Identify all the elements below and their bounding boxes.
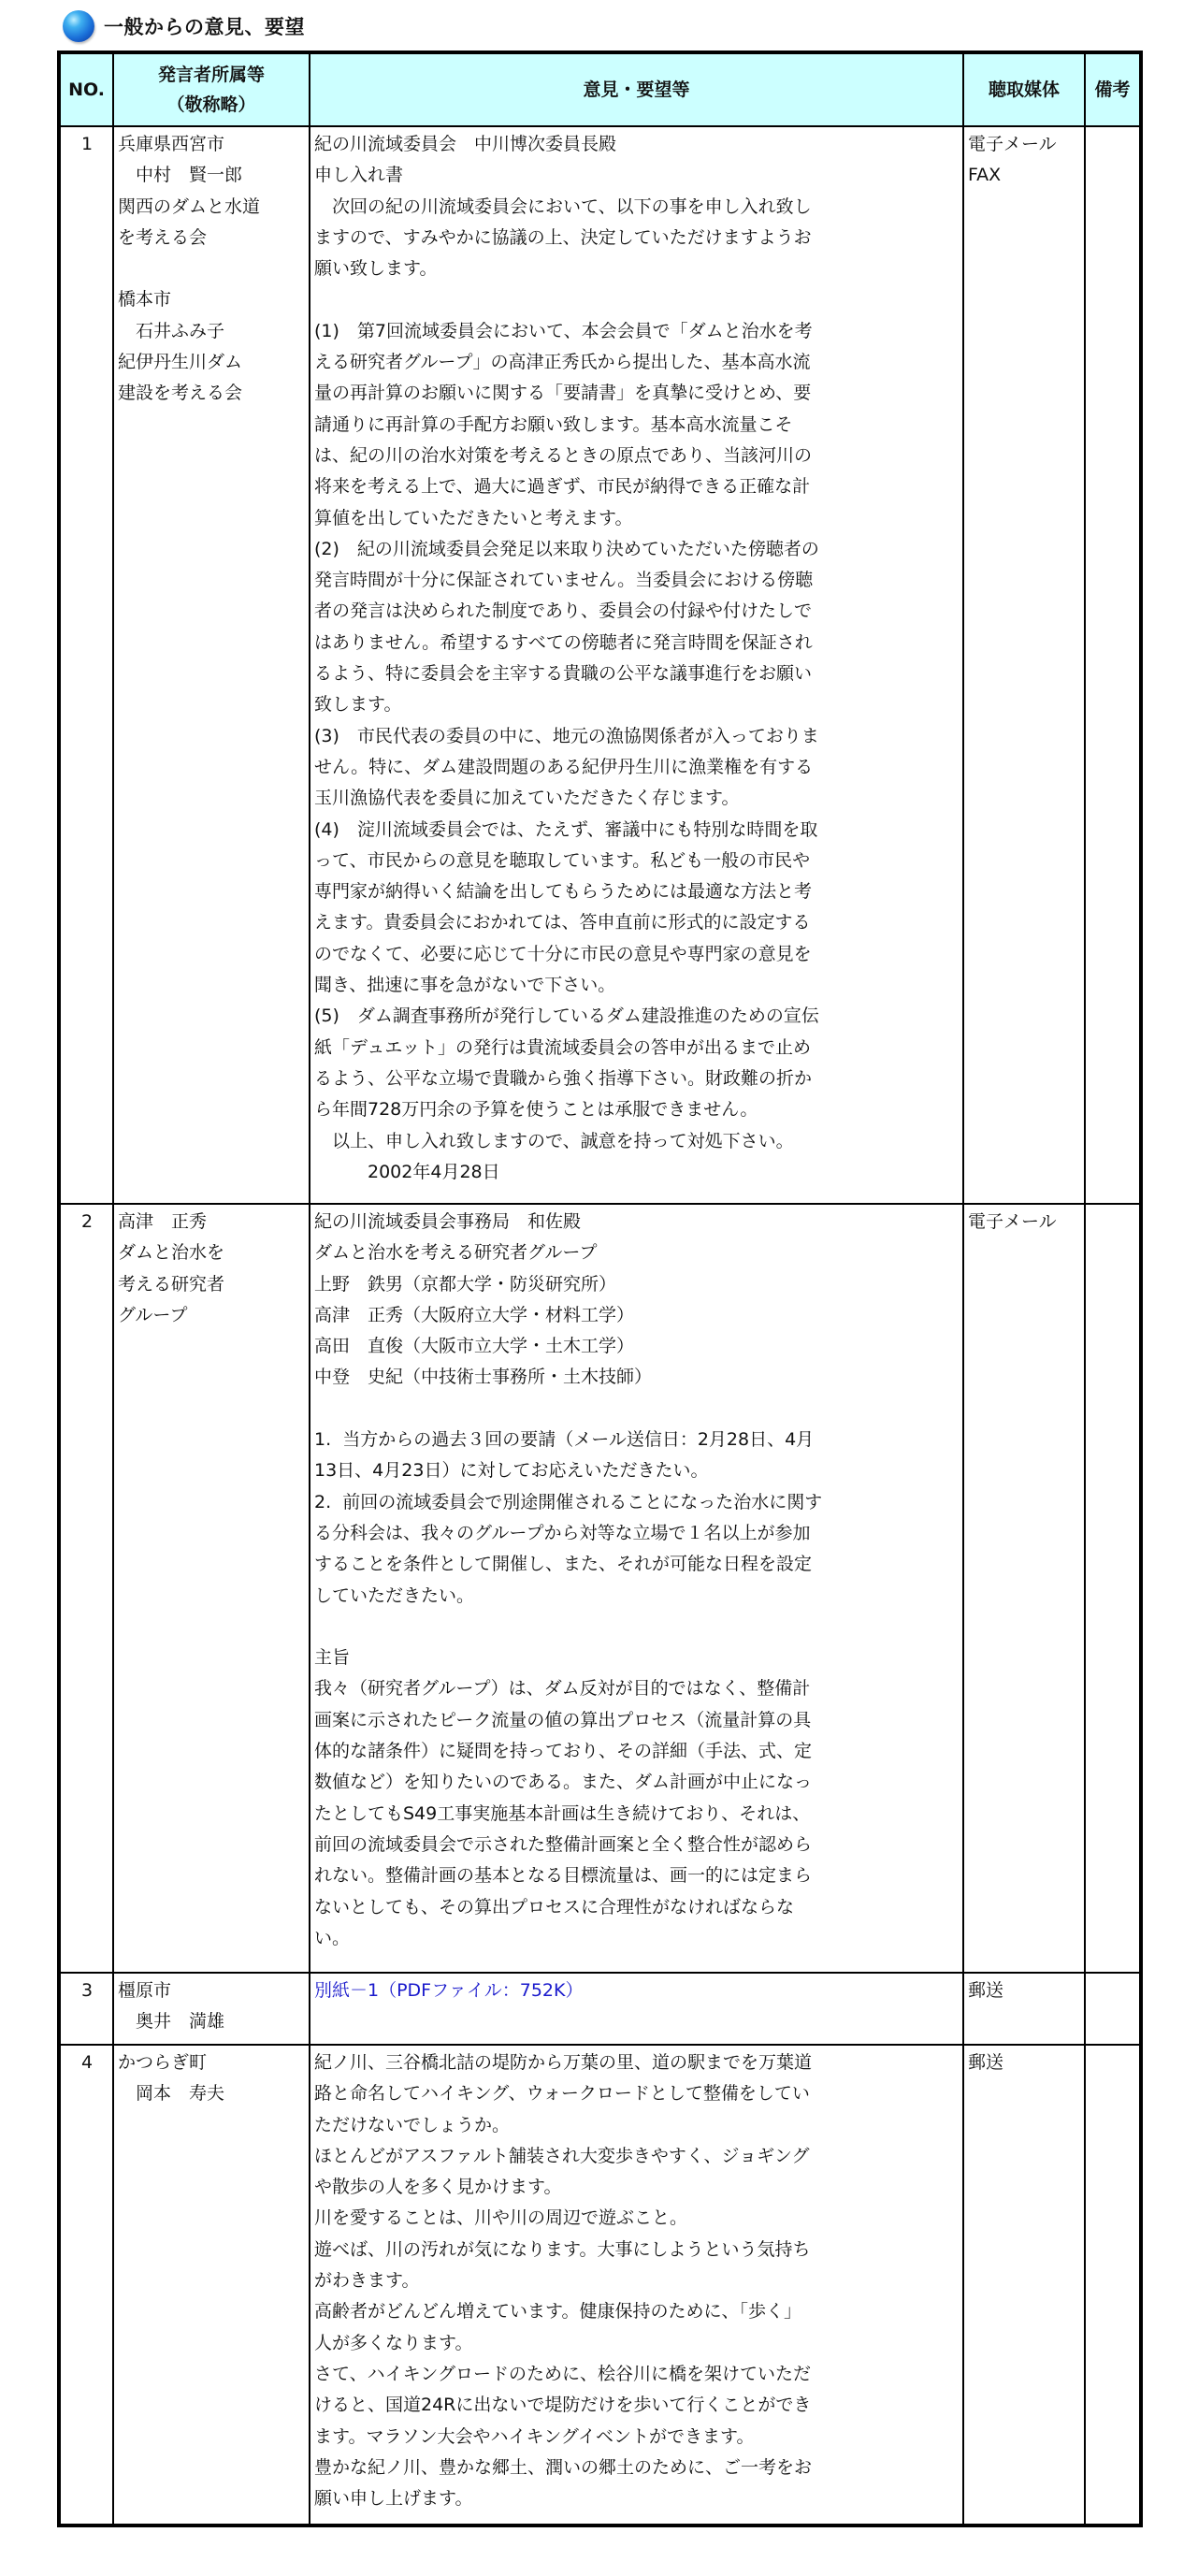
text-line: (5) ダム調査事務所が発行しているダム建設推進のための宣伝 bbox=[314, 1001, 960, 1032]
text-line: 人が多くなります。 bbox=[314, 2328, 960, 2359]
text-line: る分科会は、我々のグループから対等な立場で１名以上が参加 bbox=[314, 1518, 960, 1549]
text-line: (1) 第7回流域委員会において、本会会員で「ダムと治水を考 bbox=[314, 316, 960, 347]
text-line: 2. 前回の流域委員会で別途開催されることになった治水に関す bbox=[314, 1487, 960, 1518]
text-line: 高田 直俊（大阪市立大学・土木工学） bbox=[314, 1331, 960, 1362]
text-line: える研究者グループ」の高津正秀氏から提出した、基本高水流 bbox=[314, 347, 960, 378]
text-line: 川を愛することは、川や川の周辺で遊ぶこと。 bbox=[314, 2203, 960, 2234]
header-speaker-line1: 発言者所属等 bbox=[116, 60, 307, 90]
text-line: ないとしても、その算出プロセスに合理性がなければならな bbox=[314, 1892, 960, 1923]
text-line: 高津 正秀 bbox=[118, 1207, 306, 1237]
text-line: 願い申し上げます。 bbox=[314, 2483, 960, 2514]
text-line: や散歩の人を多く見かけます。 bbox=[314, 2172, 960, 2203]
text-line: 紀の川流域委員会 中川博次委員長殿 bbox=[314, 129, 960, 160]
text-line: 紙「デュエット」の発行は貴流域委員会の答申が出るまで止め bbox=[314, 1033, 960, 1064]
text-line: 数値など）を知りたいのである。また、ダム計画が中止になっ bbox=[314, 1767, 960, 1798]
notes-cell bbox=[1085, 1204, 1141, 1973]
text-line: 紀伊丹生川ダム bbox=[118, 347, 306, 378]
text-line: 以上、申し入れ致しますので、誠意を持って対処下さい。 bbox=[314, 1126, 960, 1157]
text-line: 発言時間が十分に保証されていません。当委員会における傍聴 bbox=[314, 565, 960, 596]
table-row: 2 高津 正秀ダムと治水を考える研究者グループ 紀の川流域委員会事務局 和佐殿ダ… bbox=[59, 1204, 1141, 1973]
text-line: 聞き、拙速に事を急がないで下さい。 bbox=[314, 970, 960, 1001]
text-line: 2002年4月28日 bbox=[314, 1157, 960, 1188]
text-line: 専門家が納得いく結論を出してもらうためには最適な方法と考 bbox=[314, 876, 960, 907]
row-number: 2 bbox=[59, 1204, 113, 1973]
text-line: ます。マラソン大会やハイキングイベントができます。 bbox=[314, 2422, 960, 2453]
text-line: 郵送 bbox=[968, 2048, 1081, 2078]
text-line: 申し入れ書 bbox=[314, 160, 960, 191]
text-line: 体的な諸条件）に疑問を持っており、その詳細（手法、式、定 bbox=[314, 1736, 960, 1767]
text-line: (3) 市民代表の委員の中に、地元の漁協関係者が入っておりま bbox=[314, 721, 960, 752]
text-line: 奥井 満雄 bbox=[118, 2006, 306, 2037]
text-line: 13日、4月23日）に対してお応えいただきたい。 bbox=[314, 1455, 960, 1486]
text-line: ら年間728万円余の予算を使うことは承服できません。 bbox=[314, 1094, 960, 1125]
text-line: ただけないでしょうか。 bbox=[314, 2110, 960, 2141]
text-line: 次回の紀の川流域委員会において、以下の事を申し入れ致し bbox=[314, 192, 960, 223]
text-line: 路と命名してハイキング、ウォークロードとして整備をしてい bbox=[314, 2078, 960, 2109]
text-line: (4) 淀川流域委員会では、たえず、審議中にも特別な時間を取 bbox=[314, 815, 960, 846]
header-speaker-line2: （敬称略） bbox=[116, 90, 307, 120]
text-line: 玉川漁協代表を委員に加えていただきたく存じます。 bbox=[314, 783, 960, 814]
text-line: 算値を出していただきたいと考えます。 bbox=[314, 503, 960, 534]
text-line: 将来を考える上で、過大に過ぎず、市民が納得できる正確な計 bbox=[314, 471, 960, 502]
text-line: FAX bbox=[968, 160, 1081, 191]
text-line: せん。特に、ダム建設問題のある紀伊丹生川に漁業権を有する bbox=[314, 752, 960, 783]
table-row: 3 橿原市 奥井 満雄 別紙－1（PDFファイル：752K） 郵送 bbox=[59, 1973, 1141, 2045]
text-line: 前回の流域委員会で示された整備計画案と全く整合性が認めら bbox=[314, 1830, 960, 1860]
text-line: 致します。 bbox=[314, 689, 960, 720]
text-line: はありません。希望するすべての傍聴者に発言時間を保証され bbox=[314, 628, 960, 658]
header-speaker: 発言者所属等 （敬称略） bbox=[113, 52, 310, 126]
pdf-attachment-link[interactable]: 別紙－1（PDFファイル：752K） bbox=[314, 1975, 960, 2006]
text-line: 中登 史紀（中技術士事務所・土木技師） bbox=[314, 1362, 960, 1393]
speaker-cell: 兵庫県西宮市 中村 賢一郎関西のダムと水道を考える会橋本市 石井ふみ子紀伊丹生川… bbox=[113, 126, 310, 1204]
text-line: えます。貴委員会におかれては、答申直前に形式的に設定する bbox=[314, 907, 960, 938]
text-line: れない。整備計画の基本となる目標流量は、画一的には定まら bbox=[314, 1860, 960, 1891]
text-line: い。 bbox=[314, 1923, 960, 1954]
table-row: 1 兵庫県西宮市 中村 賢一郎関西のダムと水道を考える会橋本市 石井ふみ子紀伊丹… bbox=[59, 126, 1141, 1204]
text-line: することを条件として開催し、また、それが可能な日程を設定 bbox=[314, 1549, 960, 1580]
text-line bbox=[314, 284, 960, 315]
media-cell: 郵送 bbox=[963, 1973, 1085, 2045]
text-line: 橿原市 bbox=[118, 1975, 306, 2006]
text-line: 画案に示されたピーク流量の値の算出プロセス（流量計算の具 bbox=[314, 1705, 960, 1736]
text-line: (2) 紀の川流域委員会発足以来取り決めていただいた傍聴者の bbox=[314, 534, 960, 565]
text-line: 上野 鉄男（京都大学・防災研究所） bbox=[314, 1269, 960, 1300]
text-line: 豊かな紀ノ川、豊かな郷土、潤いの郷土のために、ご一考をお bbox=[314, 2453, 960, 2483]
opinion-cell: 紀の川流域委員会事務局 和佐殿ダムと治水を考える研究者グループ上野 鉄男（京都大… bbox=[310, 1204, 963, 1973]
text-line: 高齢者がどんどん増えています。健康保持のために、「歩く」 bbox=[314, 2296, 960, 2327]
text-line: を考える会 bbox=[118, 223, 306, 253]
opinions-table: NO. 発言者所属等 （敬称略） 意見・要望等 聴取媒体 備考 1 兵庫県西宮市… bbox=[57, 51, 1143, 2527]
text-line bbox=[118, 253, 306, 284]
speaker-cell: かつらぎ町 岡本 寿夫 bbox=[113, 2045, 310, 2525]
text-line: のでなくて、必要に応じて十分に市民の意見や専門家の意見を bbox=[314, 939, 960, 970]
text-line: 兵庫県西宮市 bbox=[118, 129, 306, 160]
text-line: グループ bbox=[118, 1300, 306, 1331]
text-line: 岡本 寿夫 bbox=[118, 2078, 306, 2109]
header-no: NO. bbox=[59, 52, 113, 126]
text-line: ダムと治水を bbox=[118, 1237, 306, 1268]
media-cell: 電子メールFAX bbox=[963, 126, 1085, 1204]
text-line bbox=[314, 1394, 960, 1425]
notes-cell bbox=[1085, 2045, 1141, 2525]
text-line: 遊べば、川の汚れが気になります。大事にしようという気持ち bbox=[314, 2235, 960, 2265]
text-line: 願い致します。 bbox=[314, 253, 960, 284]
notes-cell bbox=[1085, 1973, 1141, 2045]
text-line: かつらぎ町 bbox=[118, 2048, 306, 2078]
text-line: していただきたい。 bbox=[314, 1581, 960, 1612]
row-number: 4 bbox=[59, 2045, 113, 2525]
text-line: さて、ハイキングロードのために、桧谷川に橋を架けていただ bbox=[314, 2359, 960, 2390]
text-line: 郵送 bbox=[968, 1975, 1081, 2006]
text-line: 紀ノ川、三谷橋北詰の堤防から万葉の里、道の駅までを万葉道 bbox=[314, 2048, 960, 2078]
table-header-row: NO. 発言者所属等 （敬称略） 意見・要望等 聴取媒体 備考 bbox=[59, 52, 1141, 126]
header-media: 聴取媒体 bbox=[963, 52, 1085, 126]
text-line: 請通りに再計算の手配方お願い致します。基本高水流量こそ bbox=[314, 410, 960, 441]
text-line: って、市民からの意見を聴取しています。私ども一般の市民や bbox=[314, 846, 960, 876]
header-opinion: 意見・要望等 bbox=[310, 52, 963, 126]
text-line: 考える研究者 bbox=[118, 1269, 306, 1300]
section-heading: 一般からの意見、要望 bbox=[63, 8, 305, 44]
table-row: 4 かつらぎ町 岡本 寿夫 紀ノ川、三谷橋北詰の堤防から万葉の里、道の駅までを万… bbox=[59, 2045, 1141, 2525]
text-line: 建設を考える会 bbox=[118, 378, 306, 409]
media-cell: 電子メール bbox=[963, 1204, 1085, 1973]
text-line bbox=[314, 1612, 960, 1643]
speaker-cell: 橿原市 奥井 満雄 bbox=[113, 1973, 310, 2045]
text-line: 1. 当方からの過去３回の要請（メール送信日：2月28日、4月 bbox=[314, 1425, 960, 1455]
text-line: たとしてもS49工事実施基本計画は生き続けており、それは、 bbox=[314, 1799, 960, 1830]
text-line: るよう、公平な立場で貴職から強く指導下さい。財政難の折か bbox=[314, 1064, 960, 1094]
text-line: がわきます。 bbox=[314, 2265, 960, 2296]
text-line: ますので、すみやかに協議の上、決定していただけますようお bbox=[314, 223, 960, 253]
text-line: 紀の川流域委員会事務局 和佐殿 bbox=[314, 1207, 960, 1237]
opinion-cell: 別紙－1（PDFファイル：752K） bbox=[310, 1973, 963, 2045]
text-line: 石井ふみ子 bbox=[118, 316, 306, 347]
notes-cell bbox=[1085, 126, 1141, 1204]
media-cell: 郵送 bbox=[963, 2045, 1085, 2525]
text-line: 電子メール bbox=[968, 129, 1081, 160]
text-line: ほとんどがアスファルト舗装され大変歩きやすく、ジョギング bbox=[314, 2141, 960, 2172]
text-line: ダムと治水を考える研究者グループ bbox=[314, 1237, 960, 1268]
text-line: るよう、特に委員会を主宰する貴職の公平な議事進行をお願い bbox=[314, 658, 960, 689]
text-line: 高津 正秀（大阪府立大学・材料工学） bbox=[314, 1300, 960, 1331]
blue-sphere-bullet-icon bbox=[63, 10, 94, 42]
text-line: 量の再計算のお願いに関する「要請書」を真摯に受けとめ、要 bbox=[314, 378, 960, 409]
text-line: は、紀の川の治水対策を考えるときの原点であり、当該河川の bbox=[314, 441, 960, 471]
row-number: 3 bbox=[59, 1973, 113, 2045]
opinion-cell: 紀ノ川、三谷橋北詰の堤防から万葉の里、道の駅までを万葉道路と命名してハイキング、… bbox=[310, 2045, 963, 2525]
text-line: 者の発言は決められた制度であり、委員会の付録や付けたしで bbox=[314, 596, 960, 627]
text-line: けると、国道24Rに出ないで堤防だけを歩いて行くことができ bbox=[314, 2390, 960, 2421]
text-line: 電子メール bbox=[968, 1207, 1081, 1237]
opinion-cell: 紀の川流域委員会 中川博次委員長殿申し入れ書 次回の紀の川流域委員会において、以… bbox=[310, 126, 963, 1204]
header-notes: 備考 bbox=[1085, 52, 1141, 126]
text-line: 関西のダムと水道 bbox=[118, 192, 306, 223]
text-line: 橋本市 bbox=[118, 284, 306, 315]
text-line: 中村 賢一郎 bbox=[118, 160, 306, 191]
speaker-cell: 高津 正秀ダムと治水を考える研究者グループ bbox=[113, 1204, 310, 1973]
row-number: 1 bbox=[59, 126, 113, 1204]
section-title: 一般からの意見、要望 bbox=[104, 12, 305, 40]
text-line: 我々（研究者グループ）は、ダム反対が目的ではなく、整備計 bbox=[314, 1673, 960, 1704]
text-line: 主旨 bbox=[314, 1643, 960, 1673]
